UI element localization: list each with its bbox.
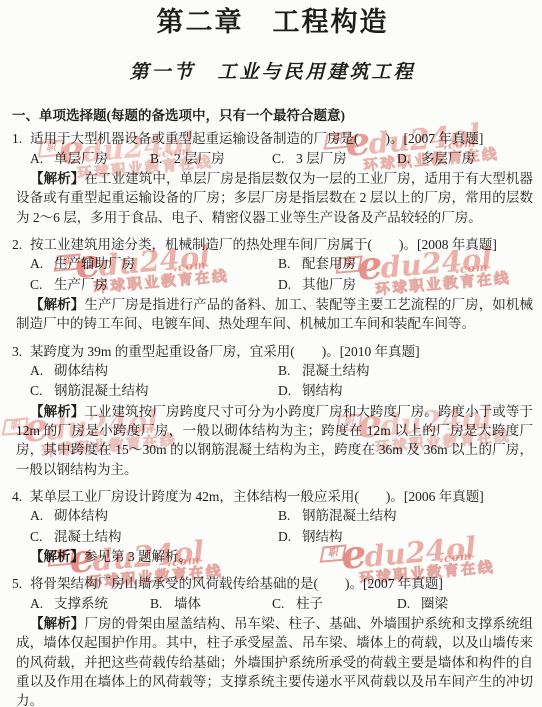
option-c: C.混凝土结构 <box>30 527 278 547</box>
analysis: 【解析】厂房的骨架由屋盖结构、吊车梁、柱子、基础、外墙围护系统和支撑系统组成，墙… <box>16 614 533 707</box>
question-5: 5. 将骨架结构厂房山墙承受的风荷载传给基础的是( )。[2007 年真题] A… <box>12 574 533 707</box>
option-d: D.圈梁 <box>397 594 533 614</box>
question-stem: 适用于大型机器设备或重型起重运输设备制造的厂房是( )。[2007 年真题] <box>30 129 533 148</box>
question-stem: 某跨度为 39m 的重型起重设备厂房，宜采用( )。[2010 年真题] <box>30 342 533 361</box>
question-3: 3. 某跨度为 39m 的重型起重设备厂房，宜采用( )。[2010 年真题] … <box>12 342 533 479</box>
question-source: [2007 年真题] <box>363 576 443 591</box>
option-a: A.生产辅助厂房 <box>30 254 278 274</box>
option-b: B.混凝土结构 <box>278 361 533 381</box>
question-source: [2007 年真题] <box>404 131 484 146</box>
question-stem: 某单层工业厂房设计跨度为 42m，主体结构一般应采用( )。[2006 年真题] <box>30 487 533 506</box>
section-title: 第一节 工业与民用建筑工程 <box>12 60 533 86</box>
option-d: D.钢结构 <box>278 381 533 401</box>
option-c: C.柱子 <box>272 594 397 614</box>
question-stem: 按工业建筑用途分类，机械制造厂的热处理车间厂房属于( )。[2008 年真题] <box>30 235 533 254</box>
question-source: [2008 年真题] <box>417 237 497 252</box>
question-number: 4. <box>12 487 22 506</box>
options-grid: A.砌体结构 B.混凝土结构 C.钢筋混凝土结构 D.钢结构 <box>30 361 533 402</box>
analysis: 【解析】生产厂房是指进行产品的备料、加工、装配等主要工艺流程的厂房，如机械制造厂… <box>16 295 533 334</box>
options-grid: A.砌体结构 B.钢筋混凝土结构 C.混凝土结构 D.钢结构 <box>30 506 533 547</box>
option-a: A.单层厂房 <box>30 149 150 169</box>
question-2: 2. 按工业建筑用途分类，机械制造厂的热处理车间厂房属于( )。[2008 年真… <box>12 235 533 334</box>
option-b: B.配套用房 <box>278 254 533 274</box>
option-b: B.钢筋混凝土结构 <box>278 506 533 526</box>
option-c: C.生产厂房 <box>30 275 278 295</box>
analysis: 【解析】工业建筑按厂房跨度尺寸可分为小跨度厂房和大跨度厂房。跨度小于或等于 12… <box>16 402 533 479</box>
option-d: D.多层厂房 <box>397 149 533 169</box>
question-source: [2006 年真题] <box>404 489 484 504</box>
option-b: B.墙体 <box>150 594 272 614</box>
page-content: 第二章 工程构造 第一节 工业与民用建筑工程 一、单项选择题(每题的备选项中，只… <box>12 5 533 707</box>
question-number: 2. <box>12 235 22 254</box>
option-a: A.砌体结构 <box>30 361 278 381</box>
option-a: A.支撑系统 <box>30 594 150 614</box>
scanned-book-page: 职edu24ol.com 环球职业教育在线 职edu24ol.com 环球职业教… <box>0 0 542 707</box>
options-row: A.支撑系统 B.墙体 C.柱子 D.圈梁 <box>30 594 533 614</box>
option-a: A.砌体结构 <box>30 506 278 526</box>
question-source: [2010 年真题] <box>340 344 420 359</box>
question-stem: 将骨架结构厂房山墙承受的风荷载传给基础的是( )。[2007 年真题] <box>30 574 533 593</box>
options-row: A.单层厂房 B.2 层厂房 C.3 层厂房 D.多层厂房 <box>30 149 533 169</box>
analysis: 【解析】在工业建筑中，单层厂房是指层数仅为一层的工业厂房，适用于有大型机器设备或… <box>16 169 533 227</box>
option-d: D.钢结构 <box>278 527 533 547</box>
options-grid: A.生产辅助厂房 B.配套用房 C.生产厂房 D.其他厂房 <box>30 254 533 295</box>
mcq-section-heading: 一、单项选择题(每题的备选项中，只有一个最符合题意) <box>12 106 533 125</box>
question-number: 3. <box>12 342 22 361</box>
question-number: 5. <box>12 574 22 593</box>
question-1: 1. 适用于大型机器设备或重型起重运输设备制造的厂房是( )。[2007 年真题… <box>12 129 533 227</box>
analysis: 【解析】参见第 3 题解析。 <box>16 547 533 566</box>
option-c: C.3 层厂房 <box>272 149 397 169</box>
chapter-title: 第二章 工程构造 <box>12 5 533 39</box>
option-b: B.2 层厂房 <box>150 149 272 169</box>
option-d: D.其他厂房 <box>278 275 533 295</box>
question-4: 4. 某单层工业厂房设计跨度为 42m，主体结构一般应采用( )。[2006 年… <box>12 487 533 566</box>
question-number: 1. <box>12 129 22 148</box>
option-c: C.钢筋混凝土结构 <box>30 381 278 401</box>
